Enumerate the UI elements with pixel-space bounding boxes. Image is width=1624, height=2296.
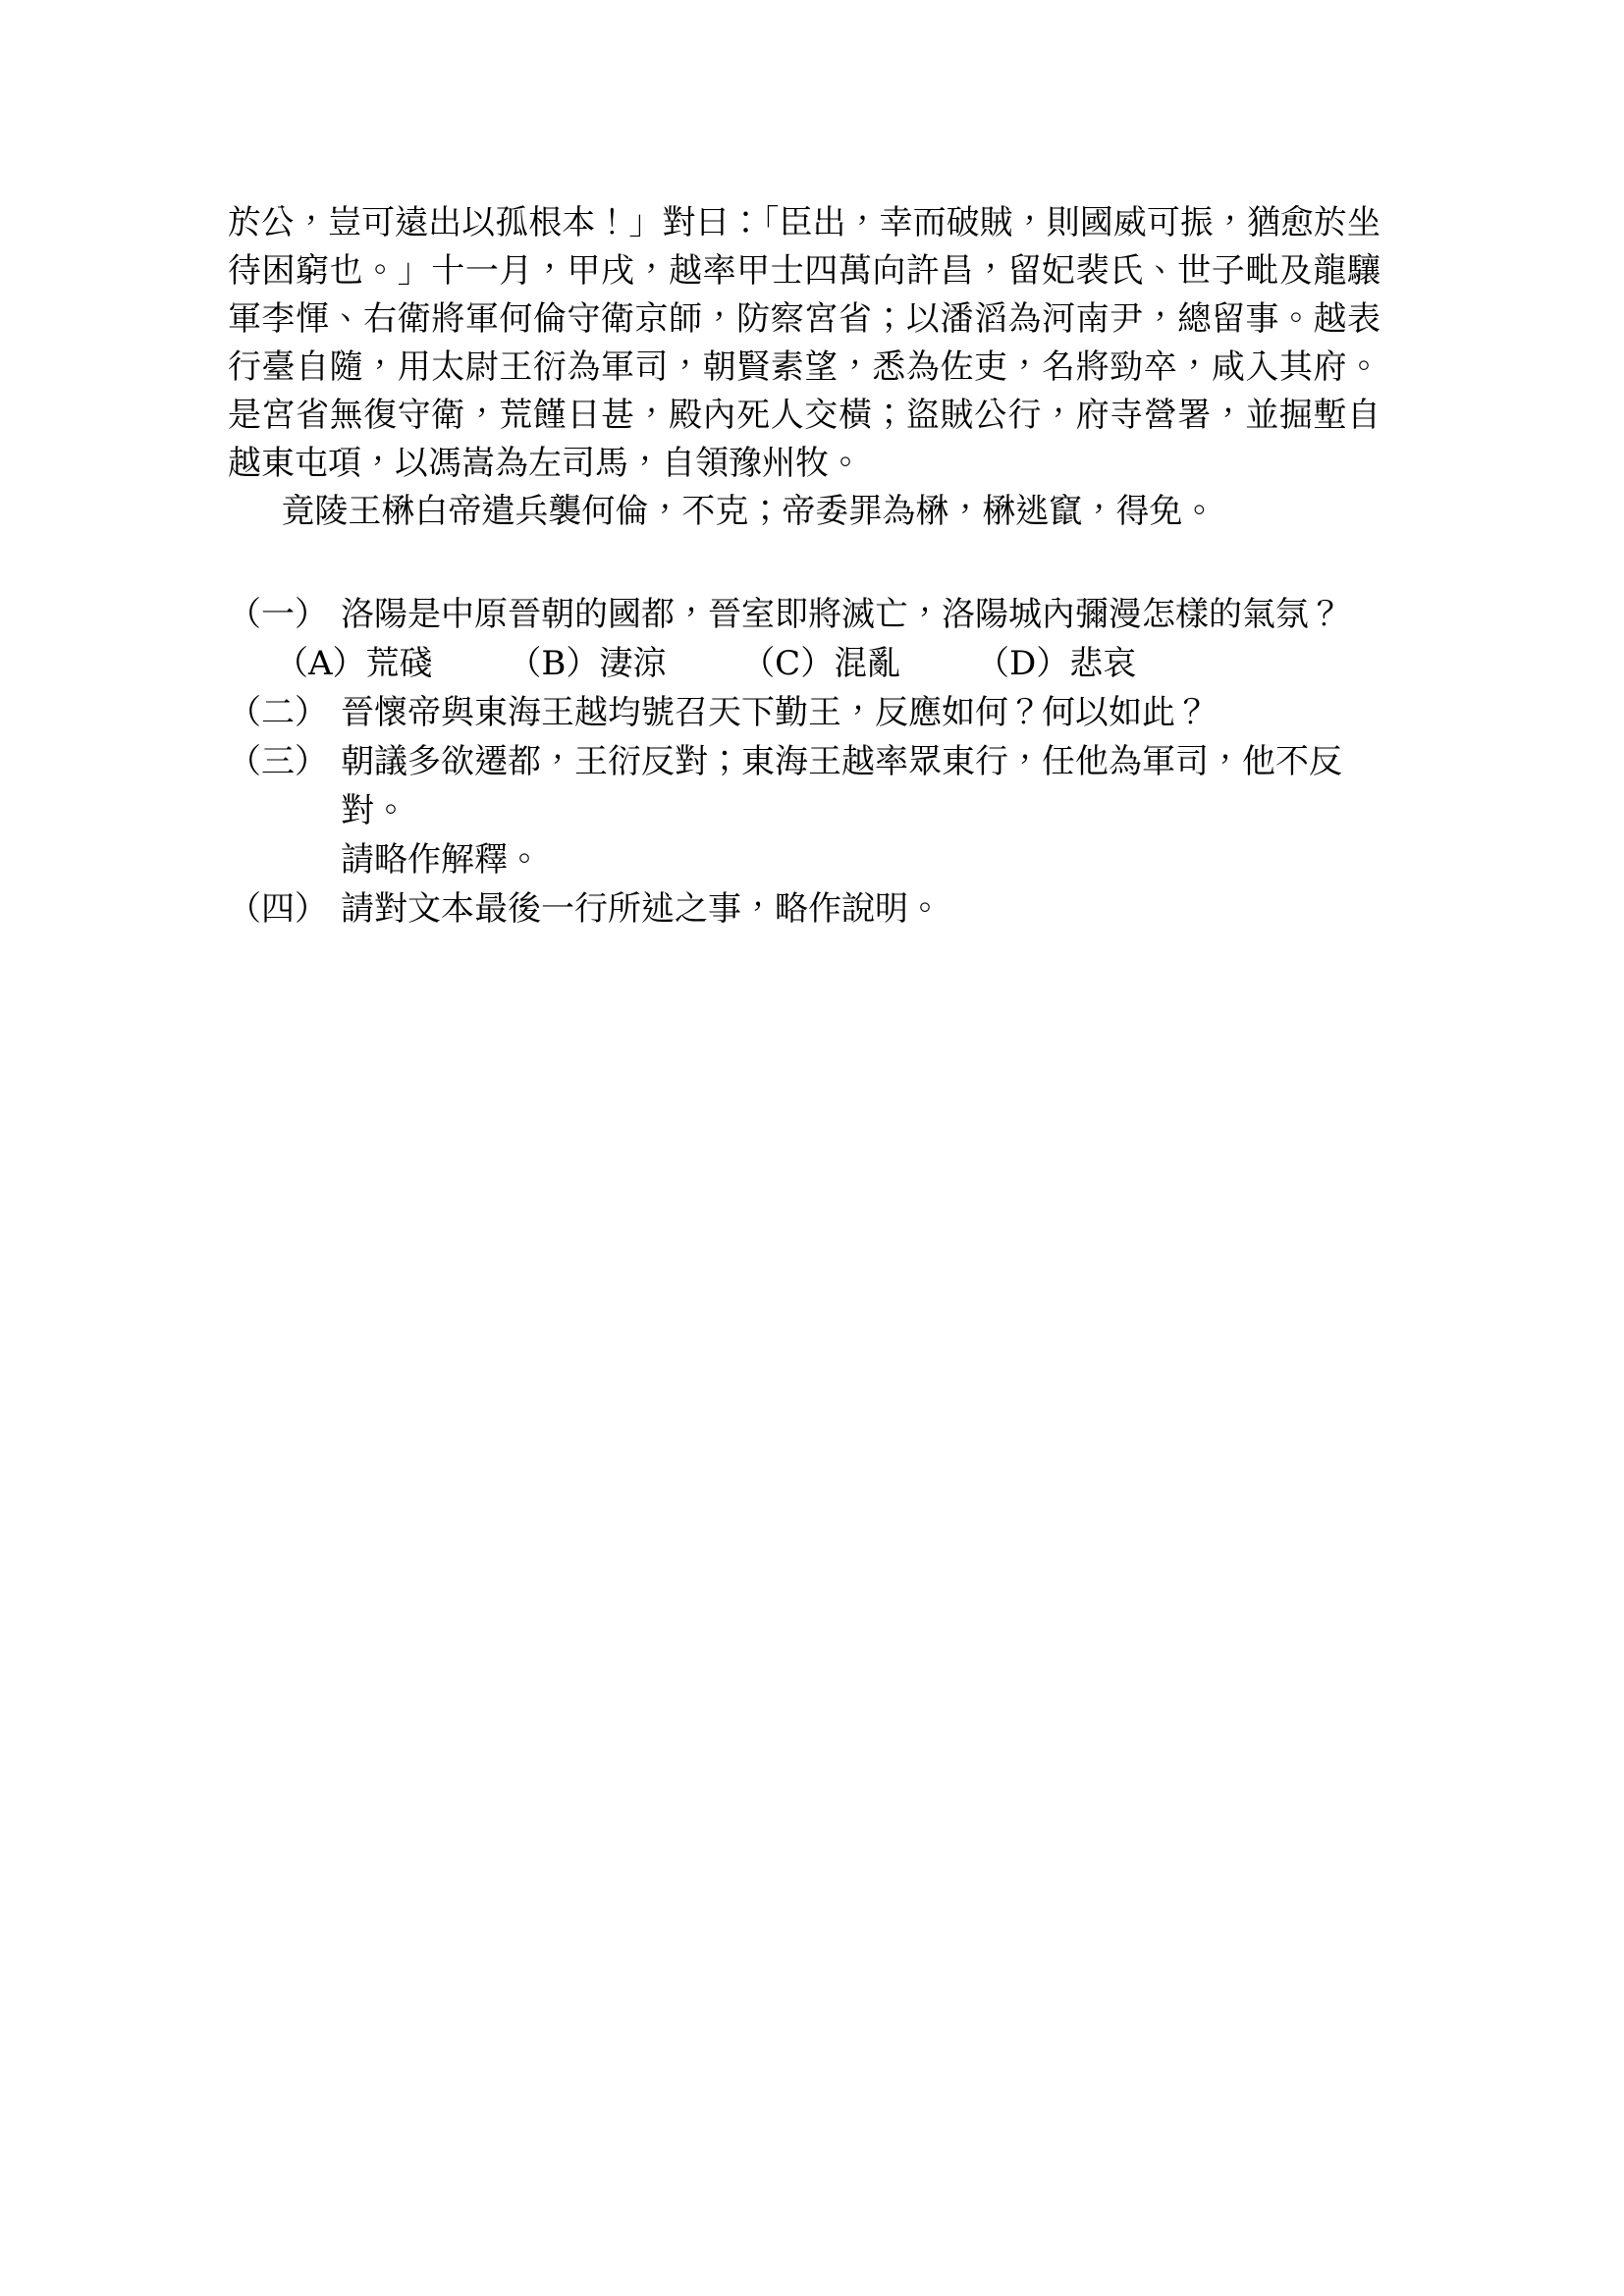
passage-line-5: 是宮省無復守衛，荒饉日甚，殿內死人交橫；盜賊公行，府寺營署，並掘塹自守。 xyxy=(228,392,1380,440)
option-d-label: （D） xyxy=(976,644,1069,683)
page-content: 於公，豈可遠出以孤根本！」對曰：「臣出，幸而破賊，則國威可振，猶愈於坐 待困窮也… xyxy=(228,199,1380,934)
passage-line-6: 越東屯項，以馮嵩為左司馬，自領豫州牧。 xyxy=(228,440,1380,488)
question-4-text: 請對文本最後一行所述之事，略作說明。 xyxy=(341,884,1380,934)
option-a-label: （A） xyxy=(275,644,366,683)
option-a-text: 荒碊 xyxy=(366,644,433,683)
document-page: 於公，豈可遠出以孤根本！」對曰：「臣出，幸而破賊，則國威可振，猶愈於坐 待困窮也… xyxy=(0,0,1624,2296)
option-b-text: 淒涼 xyxy=(599,644,666,683)
question-1-label: （一） xyxy=(228,590,341,639)
question-4-label: （四） xyxy=(228,884,341,934)
question-3-label: （三） xyxy=(228,737,341,786)
question-2: （二） 晉懷帝與東海王越均號召天下勤王，反應如何？何以如此？ xyxy=(228,688,1380,737)
option-d: （D）悲哀 xyxy=(976,639,1136,688)
option-c: （C）混亂 xyxy=(741,639,900,688)
question-2-label: （二） xyxy=(228,688,341,737)
question-1: （一） 洛陽是中原晉朝的國都，晉室即將滅亡，洛陽城內彌漫怎樣的氣氛？ xyxy=(228,590,1380,639)
question-1-text: 洛陽是中原晉朝的國都，晉室即將滅亡，洛陽城內彌漫怎樣的氣氛？ xyxy=(341,590,1380,639)
question-3: （三） 朝議多欲遷都，王衍反對；東海王越率眾東行，任他為軍司，他不反對。 xyxy=(228,737,1380,835)
option-b-label: （B） xyxy=(508,644,599,683)
question-3-text: 朝議多欲遷都，王衍反對；東海王越率眾東行，任他為軍司，他不反對。 xyxy=(341,737,1380,835)
passage-line-4: 行臺自隨，用太尉王衍為軍司，朝賢素望，悉為佐吏，名將勁卒，咸入其府。於 xyxy=(228,344,1380,392)
option-a: （A）荒碊 xyxy=(275,639,433,688)
question-4: （四） 請對文本最後一行所述之事，略作說明。 xyxy=(228,884,1380,934)
questions-block: （一） 洛陽是中原晉朝的國都，晉室即將滅亡，洛陽城內彌漫怎樣的氣氛？ （A）荒碊… xyxy=(228,590,1380,934)
passage-line-1: 於公，豈可遠出以孤根本！」對曰：「臣出，幸而破賊，則國威可振，猶愈於坐 xyxy=(228,199,1380,247)
option-d-text: 悲哀 xyxy=(1069,644,1136,683)
passage-block: 於公，豈可遠出以孤根本！」對曰：「臣出，幸而破賊，則國威可振，猶愈於坐 待困窮也… xyxy=(228,199,1380,536)
question-1-options: （A）荒碊 （B）淒涼 （C）混亂 （D）悲哀 xyxy=(228,639,1380,688)
passage-line-3: 軍李惲、右衛將軍何倫守衛京師，防察宮省；以潘滔為河南尹，總留事。越表以 xyxy=(228,295,1380,344)
option-c-text: 混亂 xyxy=(834,644,900,683)
passage-line-2: 待困窮也。」十一月，甲戌，越率甲士四萬向許昌，留妃裴氏、世子毗及龍驤將 xyxy=(228,247,1380,295)
option-c-label: （C） xyxy=(741,644,834,683)
option-b: （B）淒涼 xyxy=(508,639,666,688)
question-3-continuation: 請略作解釋。 xyxy=(228,835,1380,884)
passage-closing-line: 竟陵王楙白帝遣兵襲何倫，不克；帝委罪為楙，楙逃竄，得免。 xyxy=(228,488,1380,536)
question-2-text: 晉懷帝與東海王越均號召天下勤王，反應如何？何以如此？ xyxy=(341,688,1380,737)
